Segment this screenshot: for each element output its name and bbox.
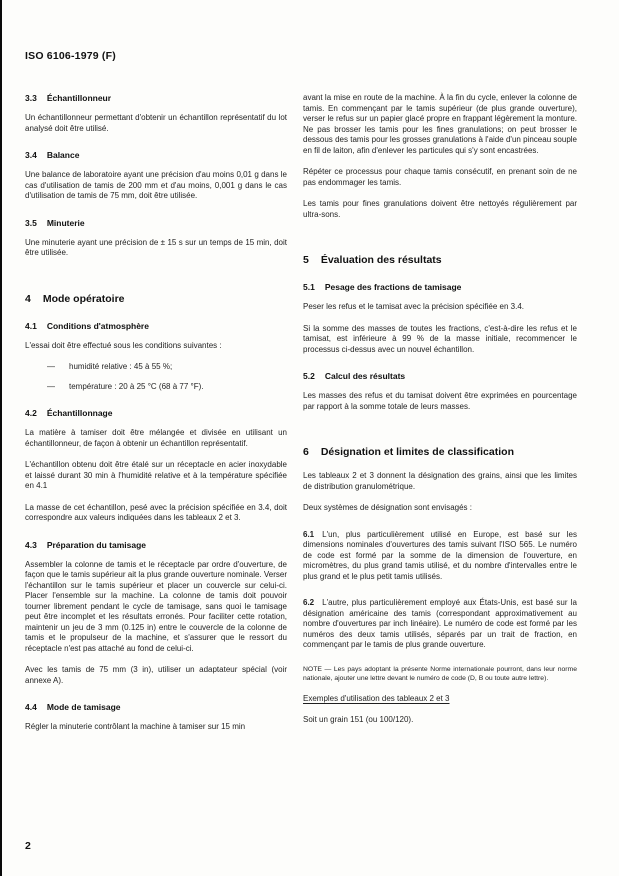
left-column: 3.3Échantillonneur Un échantillonneur pe… xyxy=(25,93,287,744)
section-title: Calcul des résultats xyxy=(325,371,405,381)
list-item: —humidité relative : 45 à 55 %; xyxy=(25,362,287,373)
paragraph: Avec les tamis de 75 mm (3 in), utiliser… xyxy=(25,665,287,686)
section-title: Minuterie xyxy=(47,218,85,228)
examples-subheading-text: Exemples d'utilisation des tableaux 2 et… xyxy=(303,694,450,703)
section-number: 3.4 xyxy=(25,150,37,160)
section-title: Préparation du tamisage xyxy=(47,540,146,550)
section-number: 4.4 xyxy=(25,702,37,712)
section-number: 4.3 xyxy=(25,540,37,550)
section-heading-3-4: 3.4Balance xyxy=(25,150,287,161)
clause-text: L'autre, plus particulièrement employé a… xyxy=(303,598,577,649)
paragraph: La masse de cet échantillon, pesé avec l… xyxy=(25,503,287,524)
paragraph: avant la mise en route de la machine. À … xyxy=(303,93,577,156)
section-number: 3.5 xyxy=(25,218,37,228)
section-heading-4-4: 4.4Mode de tamisage xyxy=(25,702,287,713)
paragraph: Assembler la colonne de tamis et le réce… xyxy=(25,560,287,655)
numbered-paragraph-6-1: 6.1L'un, plus particulièrement utilisé e… xyxy=(303,530,577,583)
chapter-number: 4 xyxy=(25,293,31,305)
chapter-number: 6 xyxy=(303,446,309,458)
section-title: Balance xyxy=(47,150,80,160)
page-number: 2 xyxy=(25,840,31,852)
section-number: 5.1 xyxy=(303,282,315,292)
examples-subheading: Exemples d'utilisation des tableaux 2 et… xyxy=(303,694,577,705)
chapter-heading-6: 6Désignation et limites de classificatio… xyxy=(303,446,577,458)
section-heading-4-1: 4.1Conditions d'atmosphère xyxy=(25,321,287,332)
clause-number: 6.1 xyxy=(303,530,314,539)
paragraph: Une minuterie ayant une précision de ± 1… xyxy=(25,238,287,259)
page-content: 3.3Échantillonneur Un échantillonneur pe… xyxy=(25,93,577,744)
chapter-heading-5: 5Évaluation des résultats xyxy=(303,254,577,266)
document-page: ISO 6106-1979 (F) 3.3Échantillonneur Un … xyxy=(0,0,619,876)
paragraph: L'échantillon obtenu doit être étalé sur… xyxy=(25,460,287,492)
section-number: 4.2 xyxy=(25,408,37,418)
section-number: 3.3 xyxy=(25,93,37,103)
paragraph: Un échantillonneur permettant d'obtenir … xyxy=(25,113,287,134)
dash-bullet: — xyxy=(47,382,55,393)
note-paragraph: NOTE — Les pays adoptant la présente Nor… xyxy=(303,665,577,683)
section-title: Échantillonneur xyxy=(47,93,111,103)
chapter-title: Évaluation des résultats xyxy=(321,254,442,266)
paragraph: Les masses des refus et du tamisat doive… xyxy=(303,391,577,412)
paragraph: Régler la minuterie contrôlant la machin… xyxy=(25,722,287,733)
section-title: Conditions d'atmosphère xyxy=(47,321,149,331)
paragraph: Deux systèmes de désignation sont envisa… xyxy=(303,503,577,514)
paragraph: Les tamis pour fines granulations doiven… xyxy=(303,199,577,220)
numbered-paragraph-6-2: 6.2L'autre, plus particulièrement employ… xyxy=(303,598,577,651)
section-heading-4-3: 4.3Préparation du tamisage xyxy=(25,540,287,551)
chapter-title: Mode opératoire xyxy=(43,293,125,305)
paragraph: L'essai doit être effectué sous les cond… xyxy=(25,341,287,352)
paragraph: Si la somme des masses de toutes les fra… xyxy=(303,324,577,356)
paragraph: Les tableaux 2 et 3 donnent la désignati… xyxy=(303,471,577,492)
list-item: —température : 20 à 25 °C (68 à 77 °F). xyxy=(25,382,287,393)
right-column: avant la mise en route de la machine. À … xyxy=(303,93,577,744)
scan-edge-artifact xyxy=(0,0,2,876)
clause-text: L'un, plus particulièrement utilisé en E… xyxy=(303,530,577,581)
section-number: 4.1 xyxy=(25,321,37,331)
document-reference: ISO 6106-1979 (F) xyxy=(25,50,116,62)
section-title: Mode de tamisage xyxy=(47,702,121,712)
paragraph: Soit un grain 151 (ou 100/120). xyxy=(303,715,577,726)
paragraph: Une balance de laboratoire ayant une pré… xyxy=(25,170,287,202)
list-item-text: température : 20 à 25 °C (68 à 77 °F). xyxy=(69,382,203,393)
chapter-heading-4: 4Mode opératoire xyxy=(25,293,287,305)
section-heading-4-2: 4.2Échantillonnage xyxy=(25,408,287,419)
section-heading-5-2: 5.2Calcul des résultats xyxy=(303,371,577,382)
section-number: 5.2 xyxy=(303,371,315,381)
clause-number: 6.2 xyxy=(303,598,314,607)
chapter-title: Désignation et limites de classification xyxy=(321,446,514,458)
chapter-number: 5 xyxy=(303,254,309,266)
section-heading-3-5: 3.5Minuterie xyxy=(25,218,287,229)
section-title: Pesage des fractions de tamisage xyxy=(325,282,462,292)
paragraph: Peser les refus et le tamisat avec la pr… xyxy=(303,302,577,313)
dash-bullet: — xyxy=(47,362,55,373)
list-item-text: humidité relative : 45 à 55 %; xyxy=(69,362,172,373)
paragraph: La matière à tamiser doit être mélangée … xyxy=(25,428,287,449)
paragraph: Répéter ce processus pour chaque tamis c… xyxy=(303,167,577,188)
section-heading-5-1: 5.1Pesage des fractions de tamisage xyxy=(303,282,577,293)
section-heading-3-3: 3.3Échantillonneur xyxy=(25,93,287,104)
section-title: Échantillonnage xyxy=(47,408,113,418)
